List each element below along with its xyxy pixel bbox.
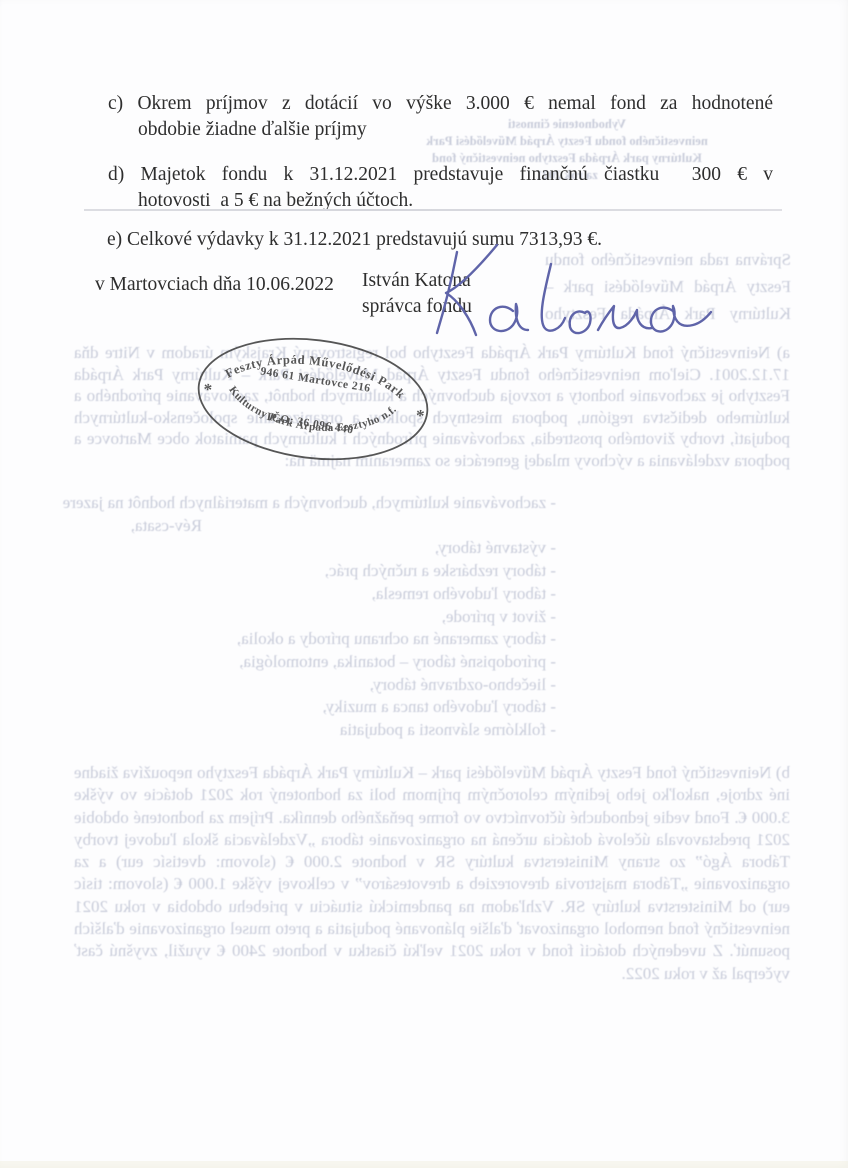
dateline: v Martovciach dňa 10.06.2022 (95, 272, 334, 298)
bleedthrough-list-item: - tábory ľudového tanca a muziky, (86, 696, 556, 719)
report-item-d: d) Majetok fondu k 31.12.2021 predstavuj… (108, 162, 773, 214)
bleedthrough-list-item: - život v prírode, (86, 606, 556, 629)
stamp-top-arc-text: Feszty Árpád Művelődési Park (221, 343, 411, 403)
bleedthrough-list-item: - liečebno-ozdravné tábory, (86, 674, 556, 697)
bleedthrough-list-item: - prírodopisné tábory – botanika, entomo… (86, 651, 556, 674)
report-item-d-line1: d) Majetok fondu k 31.12.2021 predstavuj… (108, 162, 773, 188)
bleedthrough-list-item: Rév-csata, (86, 515, 556, 538)
bleedthrough-list-item: - tábory zamerané na ochranu prírody a o… (86, 628, 556, 651)
report-item-c: c) Okrem príjmov z dotácií vo výške 3.00… (108, 91, 773, 143)
scanned-document-page: Vyhodnotenie činnosti neinvestičného fon… (0, 0, 848, 1168)
bleedthrough-list-item: - výstavné tábory, (86, 537, 556, 560)
page-bottom-edge (0, 1161, 848, 1168)
stamp-graphic: Feszty Árpád Művelődési Park 946 61 Mart… (185, 322, 441, 477)
bleedthrough-activity-list: - zachovávanie kultúrnych, duchovných a … (86, 492, 556, 742)
signatory-role: správca fondu (362, 294, 472, 320)
bleedthrough-list-item: - folklórne slávnosti a podujatia (86, 719, 556, 742)
stamp-bottom-arc-text: Kulturny Park Árpada Fesztyho n.f. (222, 383, 400, 443)
report-item-e: e) Celkové výdavky k 31.12.2021 predstav… (107, 227, 602, 253)
bleedthrough-list-item: - zachovávanie kultúrnych, duchovných a … (86, 492, 556, 515)
divider-line (84, 209, 782, 211)
bleedthrough-paragraph-b: b) Neinvestičný fond Feszty Árpád Művelő… (74, 762, 790, 985)
official-stamp: Feszty Árpád Művelődési Park 946 61 Mart… (185, 322, 441, 477)
bleedthrough-list-item: - tábory ľudového remesla, (86, 583, 556, 606)
stamp-star-left-icon: * (202, 380, 213, 400)
bleedthrough-list-item: - tábory rezbárske a ručných prác, (86, 560, 556, 583)
signatory-name: István Katona (362, 268, 471, 294)
bleedthrough-council-paragraph: Správna rada neinvestičného fondu Feszty… (545, 246, 791, 328)
report-item-c-line2: obdobie žiadne ďalšie príjmy (108, 117, 773, 143)
report-item-c-line1: c) Okrem príjmov z dotácií vo výške 3.00… (108, 91, 773, 117)
